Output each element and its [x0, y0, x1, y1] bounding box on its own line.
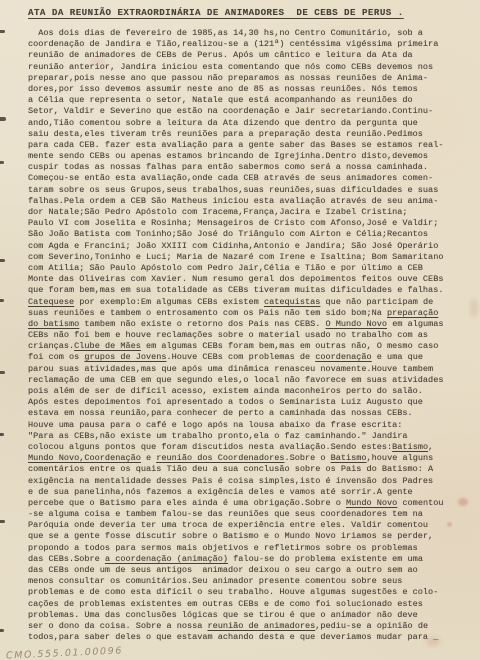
- text-line: coordenação de Jandira e Tião,realizou-s…: [28, 39, 460, 50]
- text-line: cuspir todas as nossas falhas para então…: [28, 162, 460, 173]
- text-line: cações de problemas existentes em outras…: [28, 599, 460, 610]
- document-body: Aos dois dias de fevereiro de 1985,as 14…: [28, 28, 460, 643]
- text-line: menos consultar os comunitários.Seu anim…: [28, 576, 460, 587]
- text-line: suas reuniões e tambem o entrosamento co…: [28, 308, 460, 319]
- text-line: Catequese por exemplo:Em algumas CEBs ex…: [28, 297, 460, 308]
- text-line: do batismo tambem não existe o retorno d…: [28, 319, 460, 330]
- text-line: saiu desta,eles tiveram três reuniões pa…: [28, 129, 460, 140]
- scan-edge-artifact: [0, 30, 5, 33]
- text-line: e de sua panelinha,nós fazemos a exigênc…: [28, 487, 460, 498]
- text-line: que se a gente fosse discutir sobre o Ba…: [28, 531, 460, 542]
- text-line: Setor, Valdir e Severino que estão na co…: [28, 106, 460, 117]
- text-line: todos,para saber deles o que estavam ach…: [28, 632, 460, 643]
- text-line: que foram bem,mas em sua totalidade as C…: [28, 285, 460, 296]
- text-line: com Agda e Francini; João XXIII com Cidi…: [28, 241, 460, 252]
- text-line: exigência na mentalidade desses Pais é c…: [28, 476, 460, 487]
- text-line: crianças.Clube de Mães em algumas CEBs f…: [28, 341, 460, 352]
- text-line: Mundo Novo,Coordenação e reunião dos Coo…: [28, 453, 460, 464]
- text-line: taram sobre os seus Grupos,seus trabalho…: [28, 185, 460, 196]
- scan-edge-artifact: [0, 433, 4, 436]
- document-title: ATA DA REUNIÃO EXTRAORDINÁRIA DE ANIMADO…: [28, 7, 456, 19]
- text-line: comentários entre os quais Tião deu a su…: [28, 464, 460, 475]
- text-line: falhas.Pela ordem a CEB São Matheus inic…: [28, 196, 460, 207]
- text-line: mente sendo CEBs ou apenas estamos brinc…: [28, 151, 460, 162]
- text-line: ser o dono da coisa. Sobre a nossa reuni…: [28, 621, 460, 632]
- text-line: problemas e de como esta difícil o seu t…: [28, 587, 460, 598]
- scan-edge-artifact: [0, 520, 5, 523]
- text-line: com Atilia; São Paulo Apóstolo com Pedro…: [28, 263, 460, 274]
- scan-edge-artifact: [0, 161, 4, 164]
- text-line: -se alguma coisa e tambem falou-se das r…: [28, 509, 460, 520]
- text-line: dor Natale;São Pedro Apóstolo com Iracem…: [28, 207, 460, 218]
- text-line: foi com os grupos de Jovens.Houve CEBs c…: [28, 352, 460, 363]
- text-line: percebe que o Batismo para eles ainda é …: [28, 498, 460, 509]
- text-line: problemas. Uma das conclusões lógicas qu…: [28, 610, 460, 621]
- text-line: das CEBs onde um de seus antigos animado…: [28, 565, 460, 576]
- text-line: Começou-se então esta avaliação,onde cad…: [28, 173, 460, 184]
- text-line: para cada CEB. fazer esta avaliação para…: [28, 140, 460, 151]
- text-line: Monte das Oliveiras com Xavier. Num resu…: [28, 274, 460, 285]
- text-line: reunião de animadores de CEBs de Perus. …: [28, 50, 460, 61]
- text-line: Aos dois dias de fevereiro de 1985,as 14…: [28, 28, 460, 39]
- text-line: colocou alguns pontos que foram discutid…: [28, 442, 460, 453]
- scan-edge-artifact: [0, 629, 4, 632]
- scan-edge-artifact: [0, 259, 5, 262]
- scan-edge-artifact: [0, 117, 6, 121]
- text-line: ando,Tião comentou sobre a leitura da At…: [28, 118, 460, 129]
- text-line: Paulo VI com Joselita e Rosinha; Mensage…: [28, 218, 460, 229]
- text-line: dores,por isso devemos assumir neste ano…: [28, 84, 460, 95]
- text-line: São João Batista com Toninho;São José do…: [28, 229, 460, 240]
- text-line: das CEBs.Sobre a coordenação (animação) …: [28, 554, 460, 565]
- text-line: Paróquia onde deveria ter uma troca de e…: [28, 520, 460, 531]
- text-line: Após estes depoimentos foi apresentado a…: [28, 397, 460, 408]
- scan-edge-artifact: [0, 299, 4, 302]
- text-line: propondo a todos para sermos mais objeti…: [28, 543, 460, 554]
- text-line: estava em nossa reunião,para conhecer de…: [28, 408, 460, 419]
- text-line: com Severino,Toninho e Luci; Maria de Na…: [28, 252, 460, 263]
- text-line: parou suas atividades,mas que após uma d…: [28, 364, 460, 375]
- scanned-document-page: ATA DA REUNIÃO EXTRAORDINÁRIA DE ANIMADO…: [0, 0, 480, 660]
- text-line: Houve uma pausa para o café e logo após …: [28, 420, 460, 431]
- text-line: reunião anterior, Jandira iniciou esta c…: [28, 62, 460, 73]
- text-line: a Célia que representa o setor, Natale q…: [28, 95, 460, 106]
- text-line: reclamação de uma CEB em que segundo ele…: [28, 375, 460, 386]
- scan-edge-artifact: [0, 371, 5, 374]
- text-line: "Para as CEBs,não existe um trabalho pro…: [28, 431, 460, 442]
- text-line: pois além de ser de difícil acesso, exis…: [28, 386, 460, 397]
- text-line: preparar,pois nesse ano que passou não p…: [28, 73, 460, 84]
- paper-stain: [470, 298, 478, 318]
- archive-code-handwritten: CMO.555.01.00096: [6, 645, 123, 660]
- text-line: CEBs não foi bem e houve reclamações sob…: [28, 330, 460, 341]
